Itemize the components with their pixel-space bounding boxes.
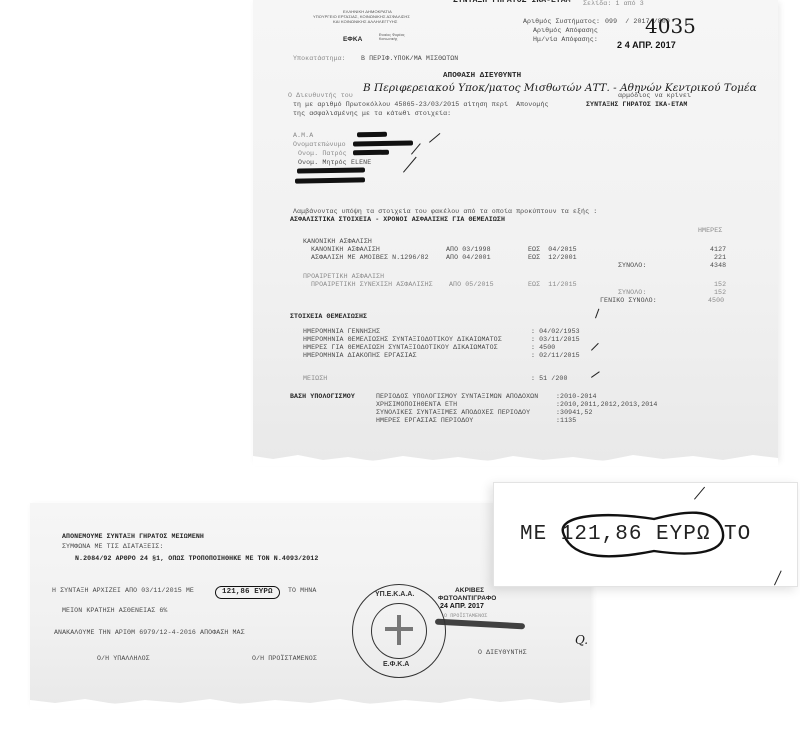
calc-row-label: ΠΕΡΙΟΔΟΣ ΥΠΟΛΟΓΙΣΜΟΥ ΣΥΝΤΑΞΙΜΩΝ ΑΠΟΔΟΧΩΝ [376, 393, 538, 400]
insurance-row-from: ΑΠΟ 05/2015 [449, 281, 494, 288]
certified-copy-label-2: ΦΩΤΟΑΝΤΙΓΡΑΦΟ [438, 595, 496, 602]
torn-edge [253, 452, 778, 466]
check-mark [429, 133, 440, 143]
foundation-row-label: ΗΜΕΡΟΜΗΝΙΑ ΘΕΜΕΛΙΩΣΗΣ ΣΥΝΤΑΞΙΟΔΟΤΙΚΟΥ ΔΙ… [303, 336, 502, 343]
signature-scribble [435, 619, 525, 630]
mother-name-value: ELENE [351, 159, 371, 166]
insurance-row-days: 221 [714, 254, 726, 261]
insurance-group-voluntary: ΠΡΟΑΙΡΕΤΙΚΗ ΑΣΦΑΛΙΣΗ [303, 273, 384, 280]
grand-total-value: 4500 [708, 297, 724, 304]
insurance-row-type: ΚΑΝΟΝΙΚΗ ΑΣΦΑΛΙΣΗ [311, 246, 380, 253]
days-header: ΗΜΕΡΕΣ [698, 227, 722, 234]
ministry-line-3: ΚΑΙ ΚΟΙΝΩΝΙΚΗΣ ΑΛΛΗΛΕΓΓΥΗΣ [333, 20, 397, 25]
check-mark [591, 371, 600, 378]
director-initials: Q. [575, 633, 588, 647]
foundation-row-label: ΗΜΕΡΕΣ ΓΙΑ ΘΕΜΕΛΙΩΣΗ ΣΥΝΤΑΞΙΟΔΟΤΙΚΟΥ ΔΙΚ… [303, 344, 498, 351]
certified-copy-date: 24 ΑΠΡ. 2017 [440, 603, 484, 610]
revoke-line: ΑΝΑΚΑΛΟΥΜΕ ΤΗΝ ΑΡΙΘΜ 6979/12-4-2016 ΑΠΟΦ… [54, 629, 245, 636]
decision-date-label: Ημ/νία Απόφασης: [533, 36, 598, 43]
calc-row-value: :2010,2011,2012,2013,2014 [556, 401, 657, 408]
decision-number-handwritten: 4035 [645, 14, 696, 38]
grand-total-label: ΓΕΝΙΚΟ ΣΥΝΟΛΟ: [600, 297, 657, 304]
seal-bottom-text: Ε.Φ.Κ.Α [383, 661, 409, 668]
certified-copy-label: ΑΚΡΙΒΕΣ [455, 587, 484, 594]
law-reference-line: Ν.2084/92 ΑΡΘΡΟ 24 §1, ΟΠΩΣ ΤΡΟΠΟΠΟΙΗΘΗΚ… [75, 555, 318, 562]
foundation-row-value: : 02/11/2015 [531, 352, 580, 359]
foundation-row-label: ΜΕΙΩΣΗ [303, 375, 327, 382]
insurance-row-from: ΑΠΟ 04/2001 [446, 254, 491, 261]
intro-start: Ο Διευθυντής του [288, 92, 353, 99]
check-mark [774, 570, 782, 585]
foundation-row-value: : 4500 [531, 344, 555, 351]
mother-name-label: Ονομ. Μητρός [298, 159, 347, 166]
check-mark [403, 157, 417, 173]
department-value: Β ΠΕΡΙΦ.ΥΠΟΚ/ΜΑ ΜΙΣΘΩΤΩΝ [361, 55, 458, 62]
foundation-row-value: : 03/11/2015 [531, 336, 580, 343]
ama-label: Α.Μ.Α [293, 132, 313, 139]
insurance-row-type: ΠΡΟΑΙΡΕΤΙΚΗ ΣΥΝΕΧΙΣΗ ΑΣΦΑΛΙΣΗΣ [311, 281, 433, 288]
father-name-redaction [353, 150, 389, 156]
pension-start-line: Η ΣΥΝΤΑΞΗ ΑΡΧΙΖΕΙ ΑΠΟ 03/11/2015 ΜΕ [52, 587, 194, 594]
foundation-row-value: : 51 /200 [531, 375, 568, 382]
decision-document-page: ΣΥΝΤΑΞΗ ΓΗΡΑΤΟΣ ΙΚΑ-ΕΤΑΜ Σελίδα: 1 από 3… [253, 0, 778, 460]
foundation-row-value: : 04/02/1953 [531, 328, 580, 335]
intro-end: αρμόδιος να κρίνει [618, 92, 691, 99]
foundation-row-label: ΗΜΕΡΟΜΗΝΙΑ ΓΕΝΝΗΣΗΣ [303, 328, 380, 335]
subtotal-label: ΣΥΝΟΛΟ: [618, 289, 646, 296]
subtotal-value: 152 [714, 289, 726, 296]
considering-line: Λαμβάνοντας υπόψη τα στοιχεία του φακέλο… [293, 208, 597, 215]
calc-row-value: :30941,52 [556, 409, 593, 416]
system-number-label: Αριθμός Συστήματος: [523, 18, 600, 25]
foundation-row-label: ΗΜΕΡΟΜΗΝΙΑ ΔΙΑΚΟΠΗΣ ΕΡΓΑΣΙΑΣ [303, 352, 417, 359]
pension-start-line-end: ΤΟ ΜΗΝΑ [288, 587, 316, 594]
calc-row-value: :1135 [556, 417, 576, 424]
signature-supervisor: Ο/Η ΠΡΟΪΣΤΑΜΕΝΟΣ [252, 655, 317, 662]
fullname-redaction [353, 140, 413, 146]
official-seal-stamp: ΥΠ.Ε.Κ.Α.Α. Ε.Φ.Κ.Α [352, 584, 446, 678]
greek-cross-icon-bar [385, 627, 413, 631]
address-redaction-1 [297, 167, 365, 173]
page-indicator: Σελίδα: 1 από 3 [583, 0, 644, 7]
insurance-row-days: 152 [714, 281, 726, 288]
efka-logo-subtitle: Ενιαίος Φορέας Κοινωνικής [379, 33, 407, 41]
insurance-row-from: ΑΠΟ 03/1998 [446, 246, 491, 253]
subtotal-value: 4348 [710, 262, 726, 269]
intro-request-type: ΣΥΝΤΑΞΗΣ ΓΗΡΑΤΟΣ ΙΚΑ-ΕΤΑΜ [586, 101, 687, 108]
insurance-row-days: 4127 [710, 246, 726, 253]
insurance-row-to: ΕΩΣ 12/2001 [528, 254, 577, 261]
subtotal-label: ΣΥΝΟΛΟ: [618, 262, 646, 269]
insurance-group-regular: ΚΑΝΟΝΙΚΗ ΑΣΦΑΛΙΣΗ [303, 238, 372, 245]
calc-base-title: ΒΑΣΗ ΥΠΟΛΟΓΙΣΜΟΥ [290, 393, 355, 400]
insurance-row-to: ΕΩΣ 11/2015 [528, 281, 577, 288]
foundation-section-title: ΣΤΟΙΧΕΙΑ ΘΕΜΕΛΙΩΣΗΣ [290, 313, 367, 320]
calc-row-label: ΣΥΝΟΛΙΚΕΣ ΣΥΝΤΑΞΙΜΕΣ ΑΠΟΔΟΧΕΣ ΠΕΡΙΟΔΟΥ [376, 409, 530, 416]
address-redaction-2 [295, 177, 365, 183]
decision-number-label: Αριθμός Απόφασης [533, 27, 598, 34]
check-mark [411, 143, 421, 154]
magnified-amount-callout: ΜΕ 121,86 ΕΥΡΩ ΤΟ [493, 482, 798, 587]
calc-row-label: ΗΜΕΡΕΣ ΕΡΓΑΣΙΑΣ ΠΕΡΙΟΔΟΥ [376, 417, 473, 424]
signature-director: Ο ΔΙΕΥΘΥΝΤΗΣ [478, 649, 527, 656]
document-header: ΣΥΝΤΑΞΗ ΓΗΡΑΤΟΣ ΙΚΑ-ΕΤΑΜ [453, 0, 571, 4]
decision-title: ΑΠΟΦΑΣΗ ΔΙΕΥΘΥΝΤΗ [443, 73, 521, 80]
father-name-label: Ονομ. Πατρός [298, 150, 347, 157]
callout-text: ΜΕ 121,86 ΕΥΡΩ ΤΟ [520, 523, 751, 546]
intro-insured-line: της ασφαλισμένης με τα κάτωθι στοιχεία: [293, 110, 451, 117]
health-deduction-line: ΜΕΙΟΝ ΚΡΑΤΗΣΗ ΑΣΘΕΝΕΙΑΣ 6% [62, 607, 167, 614]
pension-amount-highlight: 121,86 ΕΥΡΩ [215, 586, 280, 599]
insurance-row-type: ΑΣΦΑΛΙΣΗ ΜΕ ΑΜΟΙΒΕΣ Ν.1296/82 [311, 254, 429, 261]
fullname-label: Ονοματεπώνυμο [293, 141, 346, 148]
check-mark [591, 343, 599, 351]
intro-handwritten-office: Β Περιφερειακού Υποκ/ματος Μισθωτών ΑΤΤ.… [363, 82, 757, 94]
intro-request-line: τη με αριθμό Πρωτοκόλλου 45865-23/03/201… [293, 101, 549, 108]
calc-row-label: ΧΡΗΣΙΜΟΠΟΙΗΘΕΝΤΑ ΕΤΗ [376, 401, 457, 408]
ama-redaction [357, 132, 387, 138]
torn-edge [30, 695, 590, 709]
provisions-line: ΣΥΜΦΩΝΑ ΜΕ ΤΙΣ ΔΙΑΤΑΞΕΙΣ: [62, 543, 163, 550]
efka-logo: ΕΦΚΑ [343, 36, 362, 43]
award-line: ΑΠΟΝΕΜΟΥΜΕ ΣΥΝΤΑΞΗ ΓΗΡΑΤΟΣ ΜΕΙΩΜΕΝΗ [62, 533, 204, 540]
seal-top-text: ΥΠ.Ε.Κ.Α.Α. [375, 591, 414, 598]
signature-employee: Ο/Η ΥΠΑΛΛΗΛΟΣ [97, 655, 150, 662]
decision-date-stamp: 2 4 ΑΠΡ. 2017 [617, 40, 676, 50]
insurance-row-to: ΕΩΣ 04/2015 [528, 246, 577, 253]
check-mark [694, 487, 705, 500]
department-label: Υποκατάστημα: [293, 55, 346, 62]
insurance-section-title: ΑΣΦΑΛΙΣΤΙΚΑ ΣΤΟΙΧΕΙΑ - ΧΡΟΝΟΙ ΑΣΦΑΛΙΣΗΣ … [290, 216, 505, 223]
calc-row-value: :2010-2014 [556, 393, 597, 400]
check-mark [595, 309, 599, 319]
